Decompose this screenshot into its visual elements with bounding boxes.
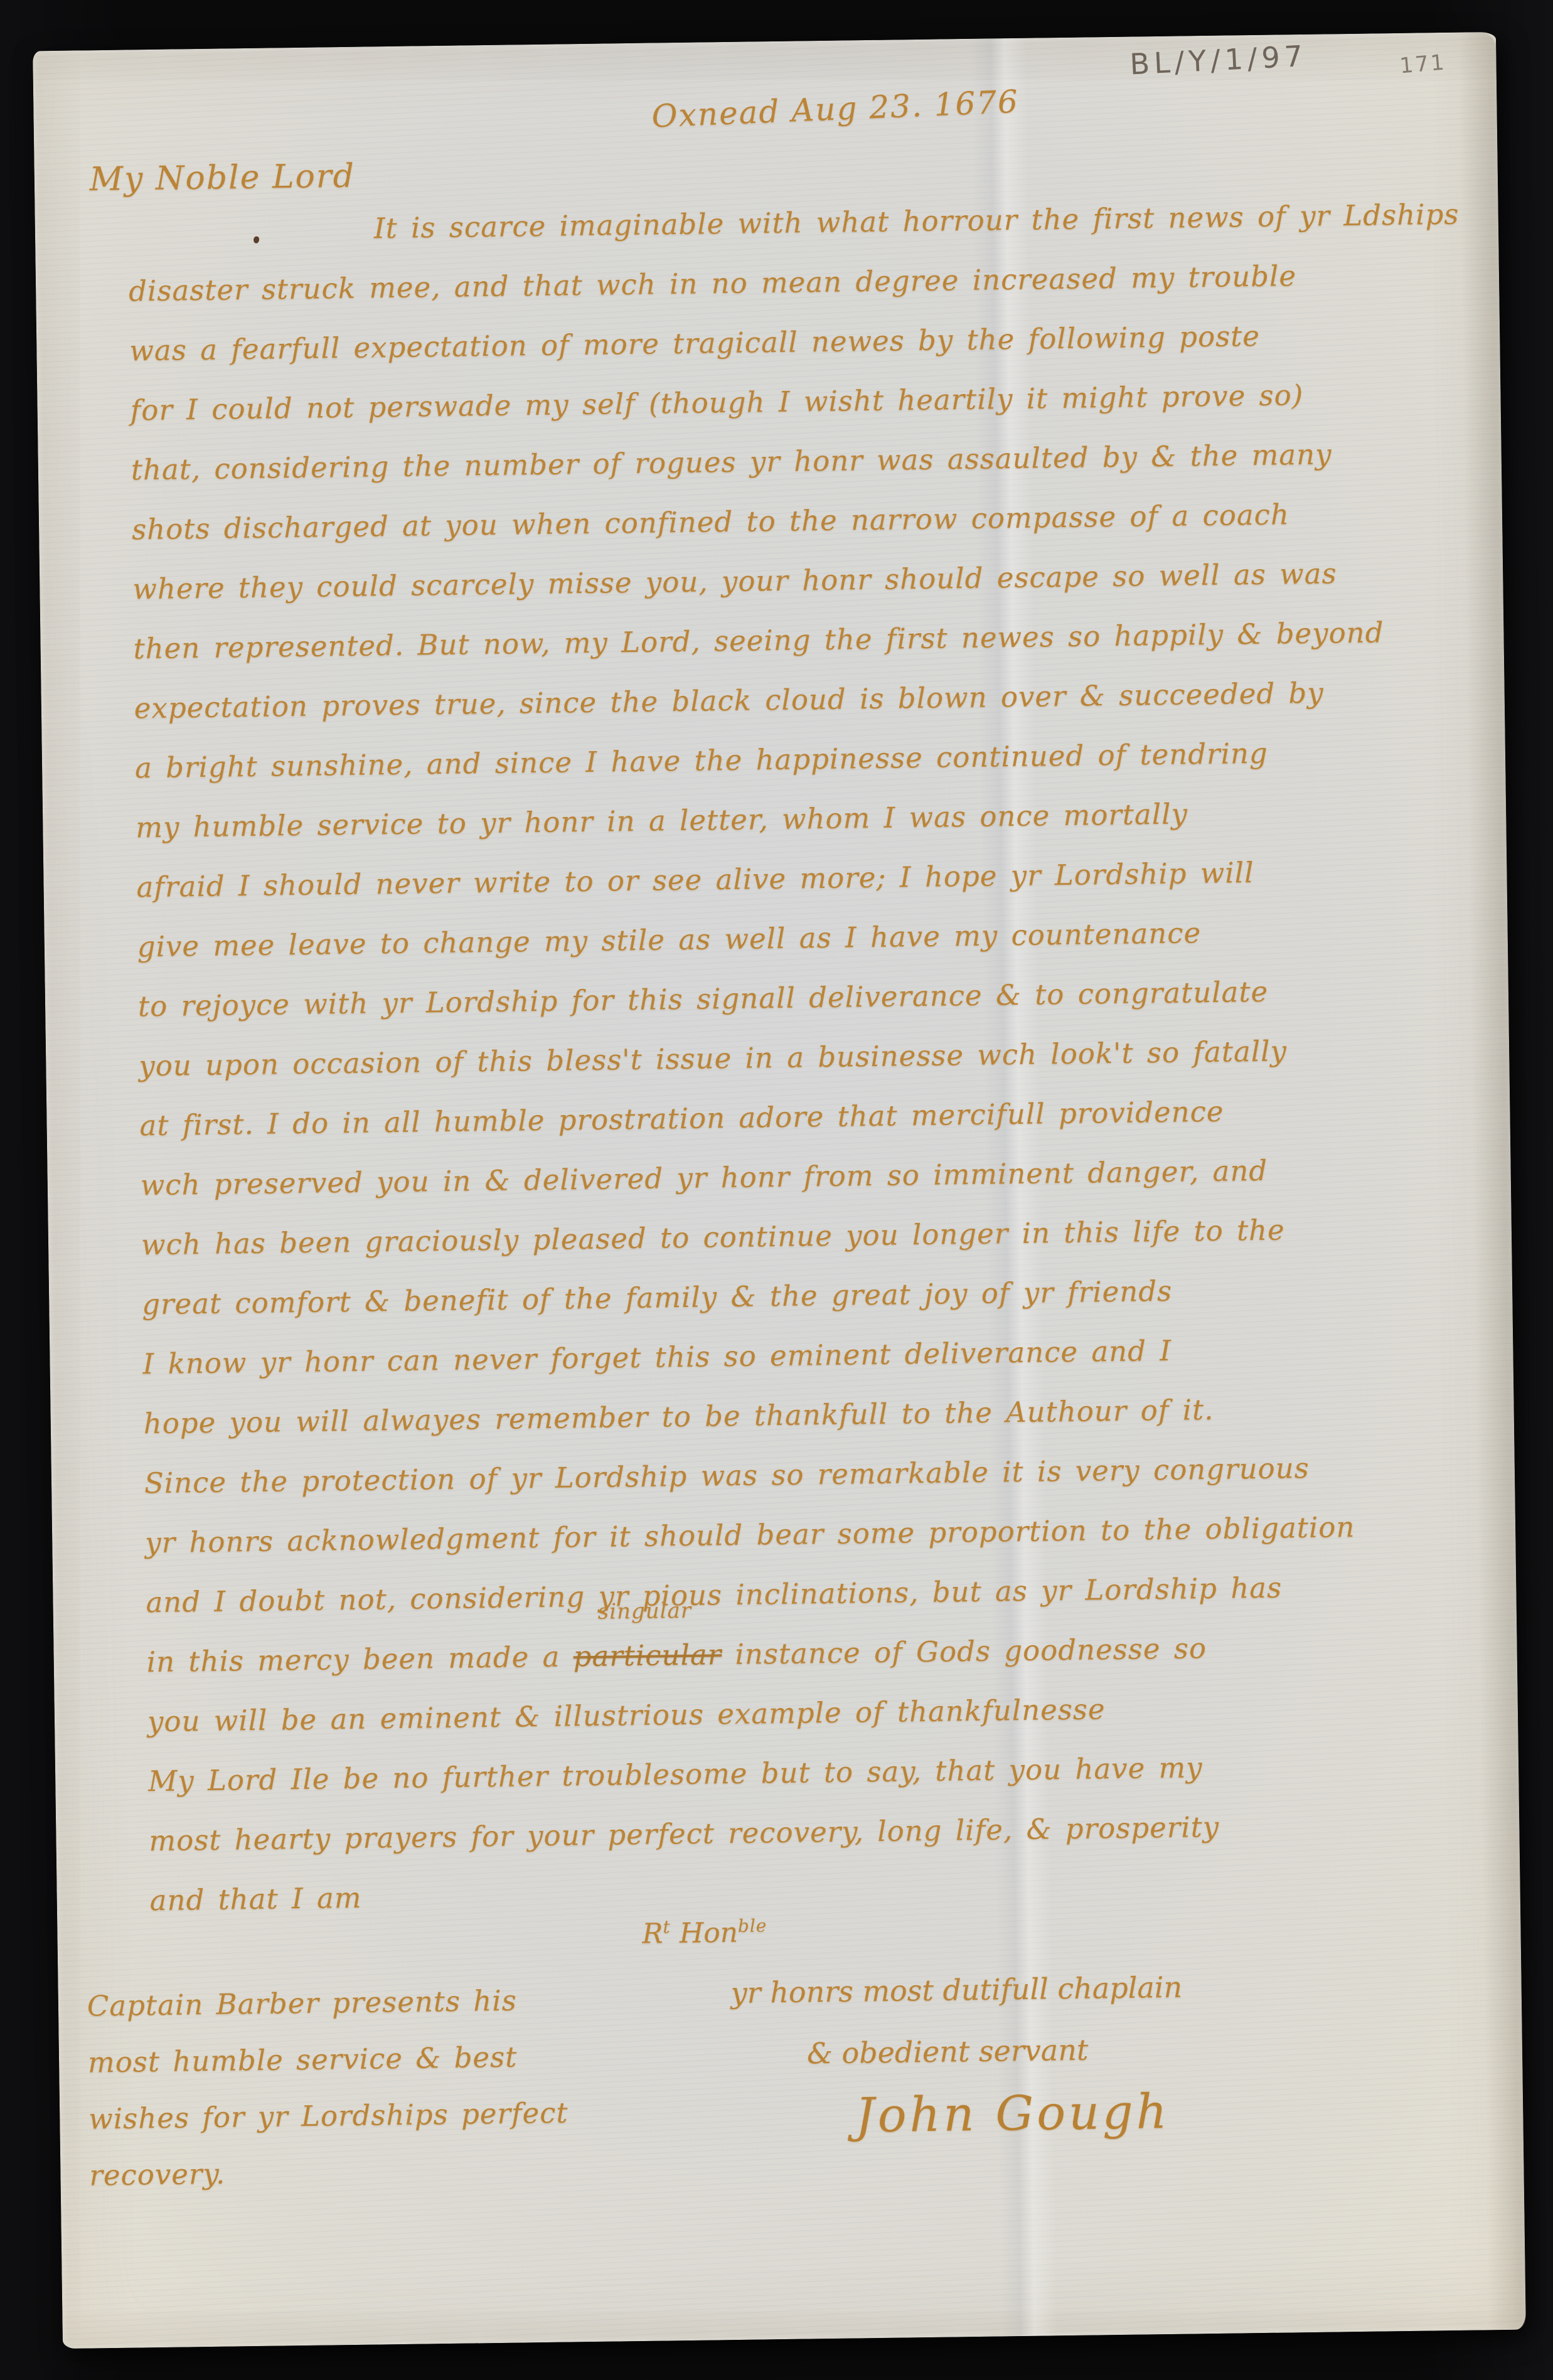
postscript: Captain Barber presents his most humble … [87, 1972, 569, 2204]
postscript-line: wishes for yr Lordships perfect [88, 2085, 568, 2148]
postscript-line: recovery. [89, 2142, 569, 2204]
closing-role-line: yr honrs most dutifull chaplain [730, 1970, 1182, 2010]
scan-background: BL/Y/1/97 171 Oxnead Aug 23. 1676 My Nob… [0, 0, 1553, 2380]
pencil-archive-reference: BL/Y/1/97 [1129, 39, 1308, 81]
dateline: Oxnead Aug 23. 1676 [651, 83, 1020, 135]
honorific-hon: Hon [671, 1917, 739, 1950]
closing-honorific: Rt Honble [642, 1915, 767, 1950]
postscript-line: Captain Barber presents his [87, 1972, 567, 2035]
honorific-hon-sup: ble [738, 1915, 767, 1936]
struck-word: particular [573, 1638, 722, 1673]
manuscript-paper: BL/Y/1/97 171 Oxnead Aug 23. 1676 My Nob… [33, 32, 1526, 2349]
closing-servant-line: & obedient servant [807, 2033, 1089, 2071]
emendation-pre-text: in this mercy been made a [146, 1640, 574, 1678]
letter-body: It is scarce imaginable with what horrou… [127, 184, 1499, 1930]
signature: John Gough [855, 2083, 1170, 2143]
salutation: My Noble Lord [89, 157, 355, 199]
emendation-post-text: instance of Gods goodnesse so [722, 1631, 1207, 1671]
honorific-r: R [642, 1918, 663, 1950]
folio-number: 171 [1399, 50, 1447, 78]
interlined-correction: singular [598, 1600, 692, 1623]
emendation: particularsingular [573, 1625, 722, 1686]
postscript-line: most humble service & best [88, 2029, 568, 2091]
honorific-r-sup: t [663, 1916, 671, 1937]
